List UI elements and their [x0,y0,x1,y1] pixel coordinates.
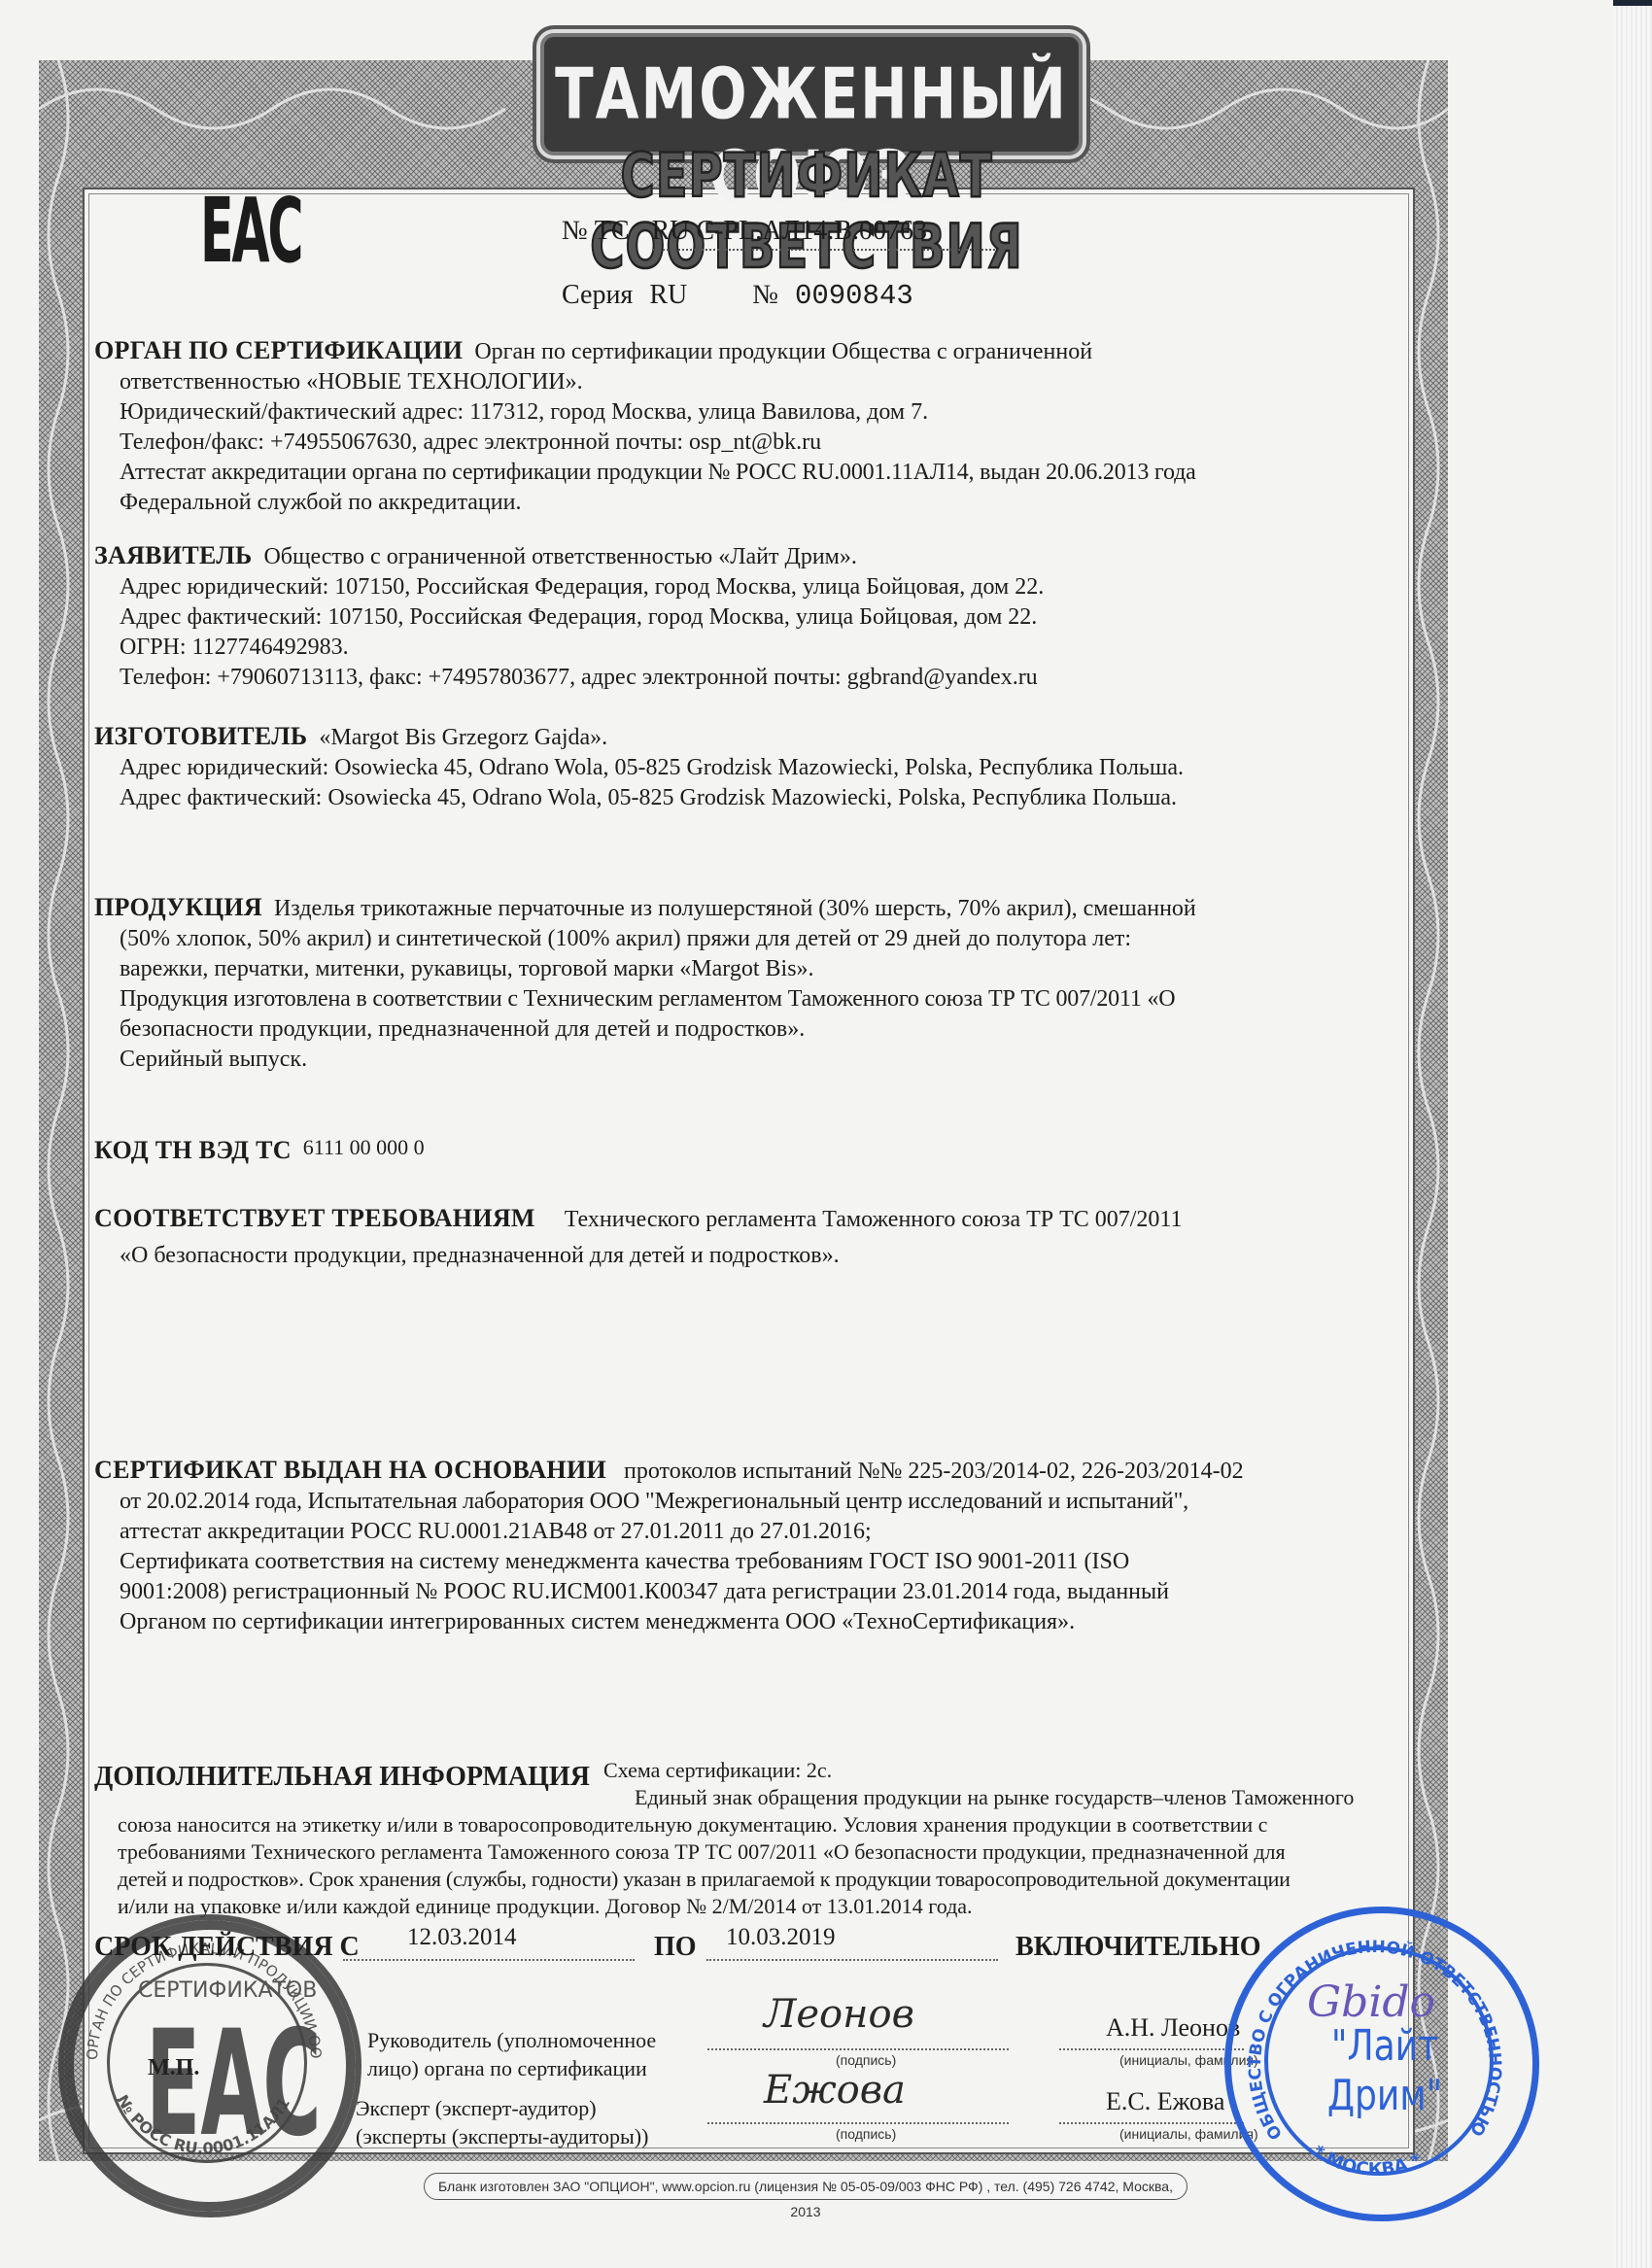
seal-place-label: М.П. [148,2055,199,2081]
applicant-name: Общество с ограниченной ответственностью… [263,544,856,569]
additional-info-line: союза наносится на этикетку и/или в това… [94,1811,1494,1838]
certification-body-contacts: Телефон/факс: +74955067630, адрес электр… [94,428,1474,458]
validity-to-line [706,1959,998,1961]
hs-code-value: 6111 00 000 0 [303,1135,425,1159]
products-line: (50% хлопок, 50% акрил) и синтетической … [94,924,1474,954]
basis-line: от 20.02.2014 года, Испытательная лабора… [94,1487,1474,1517]
document-title: СЕРТИФИКАТ СООТВЕТСТВИЯ [457,141,1156,283]
applicant-section: ЗАЯВИТЕЛЬОбщество с ограниченной ответст… [94,540,1474,693]
certification-body-line: Федеральной службой по аккредитации. [94,488,1474,518]
expert-signature-line [707,2122,1009,2124]
head-signature-line [707,2048,1009,2050]
products-section: ПРОДУКЦИЯИзделья трикотажные перчаточные… [94,892,1474,1075]
manufacturer-name: «Margot Bis Grzegorz Gajda». [319,725,607,750]
manufacturer-section: ИЗГОТОВИТЕЛЬ«Margot Bis Grzegorz Gajda».… [94,721,1474,813]
additional-info-line: требованиями Технического регламента Там… [94,1838,1494,1866]
series-row: Серия RU № 0090843 [562,280,913,312]
tc-number-row: № ТС RU C-PL.АЛ14.В.00763 [562,216,995,251]
complies-section: СООТВЕТСТВУЕТ ТРЕБОВАНИЯМТехнического ре… [94,1203,1474,1271]
certification-scheme: Схема сертификации: 2с. [603,1758,832,1782]
manufacturer-legal-address: Адрес юридический: Osowiecka 45, Odrano … [94,753,1474,783]
complies-line: Технического регламента Таможенного союз… [565,1207,1183,1232]
certification-body-section: ОРГАН ПО СЕРТИФИКАЦИИОрган по сертификац… [94,335,1474,518]
blank-number-label: № [752,280,778,310]
tc-number-label: № ТС [562,216,630,247]
expert-signature-caption: (подпись) [836,2126,896,2142]
validity-from-line [343,1959,635,1961]
hs-code-section: КОД ТН ВЭД ТС6111 00 000 0 [94,1132,1474,1167]
eac-logo-icon: ЕАС [200,185,254,278]
scan-edge [1613,0,1652,2268]
expert-label: Эксперт (эксперт-аудитор) (эксперты (экс… [356,2094,648,2150]
complies-line: «О безопасности продукции, предназначенн… [94,1235,1474,1271]
basis-line: 9001:2008) регистрационный № РООС RU.ИСМ… [94,1577,1474,1607]
products-line: варежки, перчатки, митенки, рукавицы, то… [94,954,1474,984]
certification-body-accreditation: Аттестат аккредитации органа по сертифик… [94,458,1474,488]
expert-signature: Ежова [764,2068,906,2113]
head-signature: Леонов [764,1992,914,2037]
products-heading: ПРОДУКЦИЯ [94,893,262,921]
applicant-signature: Gbido [1307,1977,1435,2027]
certification-body-address: Юридический/фактический адрес: 117312, г… [94,397,1474,428]
basis-heading: СЕРТИФИКАТ ВЫДАН НА ОСНОВАНИИ [94,1456,606,1484]
basis-section: СЕРТИФИКАТ ВЫДАН НА ОСНОВАНИИпротоколов … [94,1455,1474,1637]
head-of-body-label: Руководитель (уполномоченное лицо) орган… [367,2026,656,2082]
svg-text:* МОСКВА *: * МОСКВА * [1309,2142,1426,2181]
certification-body-line: Орган по сертификации продукции Общества… [474,339,1092,364]
head-signature-caption: (подпись) [836,2052,896,2068]
validity-from-label: СРОК ДЕЙСТВИЯ С [94,1932,360,1963]
applicant-heading: ЗАЯВИТЕЛЬ [94,541,252,569]
series-label: Серия [562,280,633,310]
basis-line: протоколов испытаний №№ 225-203/2014-02,… [624,1459,1244,1484]
certification-body-heading: ОРГАН ПО СЕРТИФИКАЦИИ [94,336,463,364]
applicant-actual-address: Адрес фактический: 107150, Российская Фе… [94,602,1474,633]
printer-note: Бланк изготовлен ЗАО "ОПЦИОН", www.opcio… [424,2173,1187,2200]
additional-info-line: детей и подростков». Срок хранения (служ… [94,1866,1494,1893]
stamp-eac-icon: ЕАС [146,2011,322,2157]
tc-number-value: RU C-PL.АЛ14.В.00763 [652,216,995,251]
series-value: RU [649,280,687,310]
applicant-legal-address: Адрес юридический: 107150, Российская Фе… [94,572,1474,602]
expert-name-line [1059,2122,1244,2124]
basis-line: Органом по сертификации интегрированных … [94,1607,1474,1637]
head-name: А.Н. Леонов [1106,2013,1240,2043]
validity-to-date: 10.03.2019 [726,1924,836,1951]
additional-info-heading: ДОПОЛНИТЕЛЬНАЯ ИНФОРМАЦИЯ [94,1762,590,1792]
manufacturer-heading: ИЗГОТОВИТЕЛЬ [94,722,307,750]
applicant-ogrn: ОГРН: 1127746492983. [94,633,1474,663]
products-line: Серийный выпуск. [94,1045,1474,1075]
certification-body-line: ответственностью «НОВЫЕ ТЕХНОЛОГИИ». [94,367,1474,397]
additional-info-section: ДОПОЛНИТЕЛЬНАЯ ИНФОРМАЦИЯСхема сертифика… [94,1757,1494,1920]
basis-line: Сертификата соответствия на систему мене… [94,1547,1474,1577]
blank-number-value: 0090843 [795,280,913,312]
applicant-contacts: Телефон: +79060713113, факс: +7495780367… [94,663,1474,693]
products-line: безопасности продукции, предназначенной … [94,1014,1474,1045]
validity-to-label: ПО [654,1932,697,1963]
manufacturer-actual-address: Адрес фактический: Osowiecka 45, Odrano … [94,783,1474,813]
hs-code-heading: КОД ТН ВЭД ТС [94,1136,292,1164]
complies-heading: СООТВЕТСТВУЕТ ТРЕБОВАНИЯМ [94,1204,535,1232]
head-name-line [1059,2048,1244,2050]
products-line: Изделья трикотажные перчаточные из полуш… [274,896,1196,921]
applicant-stamp-name: "Лайт Дрим" [1277,2021,1492,2120]
customs-union-banner: ТАМОЖЕННЫЙ СОЮЗ [540,33,1083,155]
basis-line: аттестат аккредитации РОСС RU.0001.21АВ4… [94,1517,1474,1547]
products-line: Продукция изготовлена в соответствии с Т… [94,984,1474,1014]
validity-from-date: 12.03.2014 [407,1924,517,1951]
scan-edge-dark [1613,0,1652,6]
expert-name: Е.С. Ежова [1106,2087,1224,2116]
